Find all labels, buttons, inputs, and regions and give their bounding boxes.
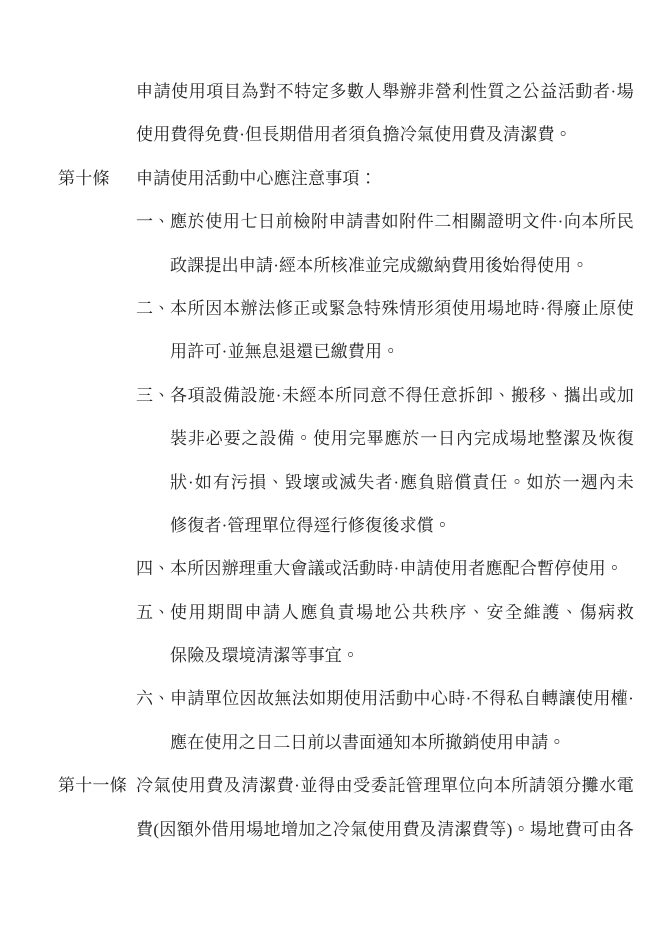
text-line: 狀·如有污損、毀壞或滅失者·應負賠償責任。如於一週內未 — [170, 461, 634, 504]
item-marker: 三、 — [136, 374, 170, 417]
text-line: 使用期間申請人應負責場地公共秩序、安全維護、傷病救治、 — [170, 591, 634, 634]
ordered-item: 四、本所因辦理重大會議或活動時·申請使用者應配合暫停使用。 — [136, 547, 634, 590]
text-line: 裝非必要之設備。使用完畢應於一日內完成場地整潔及恢復原 — [170, 417, 634, 460]
article-intro-line: 申請使用活動中心應注意事項： — [136, 157, 634, 200]
text-line: 修復者·管理單位得逕行修復後求償。 — [170, 504, 634, 547]
ordered-item: 六、申請單位因故無法如期使用活動中心時·不得私自轉讓使用權·應在使用之日二日前以… — [136, 677, 634, 764]
item-marker: 五、 — [136, 591, 170, 634]
text-line: 申請單位因故無法如期使用活動中心時·不得私自轉讓使用權· — [170, 677, 634, 720]
article-11: 第十一條冷氣使用費及清潔費·並得由受委託管理單位向本所請領分攤水電費(因額外借用… — [136, 764, 634, 851]
text-line: 各項設備設施·未經本所同意不得任意拆卸、搬移、攜出或加 — [170, 374, 634, 417]
ordered-item: 五、使用期間申請人應負責場地公共秩序、安全維護、傷病救治、保險及環境清潔等事宜。 — [136, 591, 634, 678]
item-marker: 六、 — [136, 677, 170, 720]
ordered-item: 一、應於使用七日前檢附申請書如附件二相關證明文件·向本所民政課提出申請·經本所核… — [136, 200, 634, 287]
article-label: 第十一條 — [58, 764, 127, 807]
text-line: 應在使用之日二日前以書面通知本所撤銷使用申請。 — [170, 721, 634, 764]
text-line: 用許可·並無息退還已繳費用。 — [170, 330, 634, 373]
item-marker: 二、 — [136, 287, 170, 330]
article-10: 第十條申請使用活動中心應注意事項：一、應於使用七日前檢附申請書如附件二相關證明文… — [136, 157, 634, 764]
text-line: 應於使用七日前檢附申請書如附件二相關證明文件·向本所民 — [170, 200, 634, 243]
text-line: 本所因本辦法修正或緊急特殊情形須使用場地時·得廢止原使 — [170, 287, 634, 330]
text-line: 冷氣使用費及清潔費·並得由受委託管理單位向本所請領分攤水電 — [136, 764, 634, 807]
text-line: 保險及環境清潔等事宜。 — [170, 634, 634, 677]
article-label: 第十條 — [58, 157, 110, 200]
item-marker: 四、 — [136, 547, 170, 590]
ordered-item: 二、本所因本辦法修正或緊急特殊情形須使用場地時·得廢止原使用許可·並無息退還已繳… — [136, 287, 634, 374]
text-line: 政課提出申請·經本所核准並完成繳納費用後始得使用。 — [170, 244, 634, 287]
document-page: 申請使用項目為對不特定多數人舉辦非營利性質之公益活動者·場地使用費得免費·但長期… — [0, 0, 668, 943]
text-line: 使用費得免費·但長期借用者須負擔冷氣使用費及清潔費。 — [136, 113, 634, 156]
continuation-paragraph: 申請使用項目為對不特定多數人舉辦非營利性質之公益活動者·場地使用費得免費·但長期… — [136, 70, 634, 157]
text-line: 本所因辦理重大會議或活動時·申請使用者應配合暫停使用。 — [170, 547, 634, 590]
document-body: 申請使用項目為對不特定多數人舉辦非營利性質之公益活動者·場地使用費得免費·但長期… — [0, 70, 668, 851]
ordered-item: 三、各項設備設施·未經本所同意不得任意拆卸、搬移、攜出或加裝非必要之設備。使用完… — [136, 374, 634, 548]
text-line: 申請使用項目為對不特定多數人舉辦非營利性質之公益活動者·場地 — [136, 70, 634, 113]
item-marker: 一、 — [136, 200, 170, 243]
text-line: 費(因額外借用場地增加之冷氣使用費及清潔費等)。場地費可由各村 — [136, 808, 634, 851]
